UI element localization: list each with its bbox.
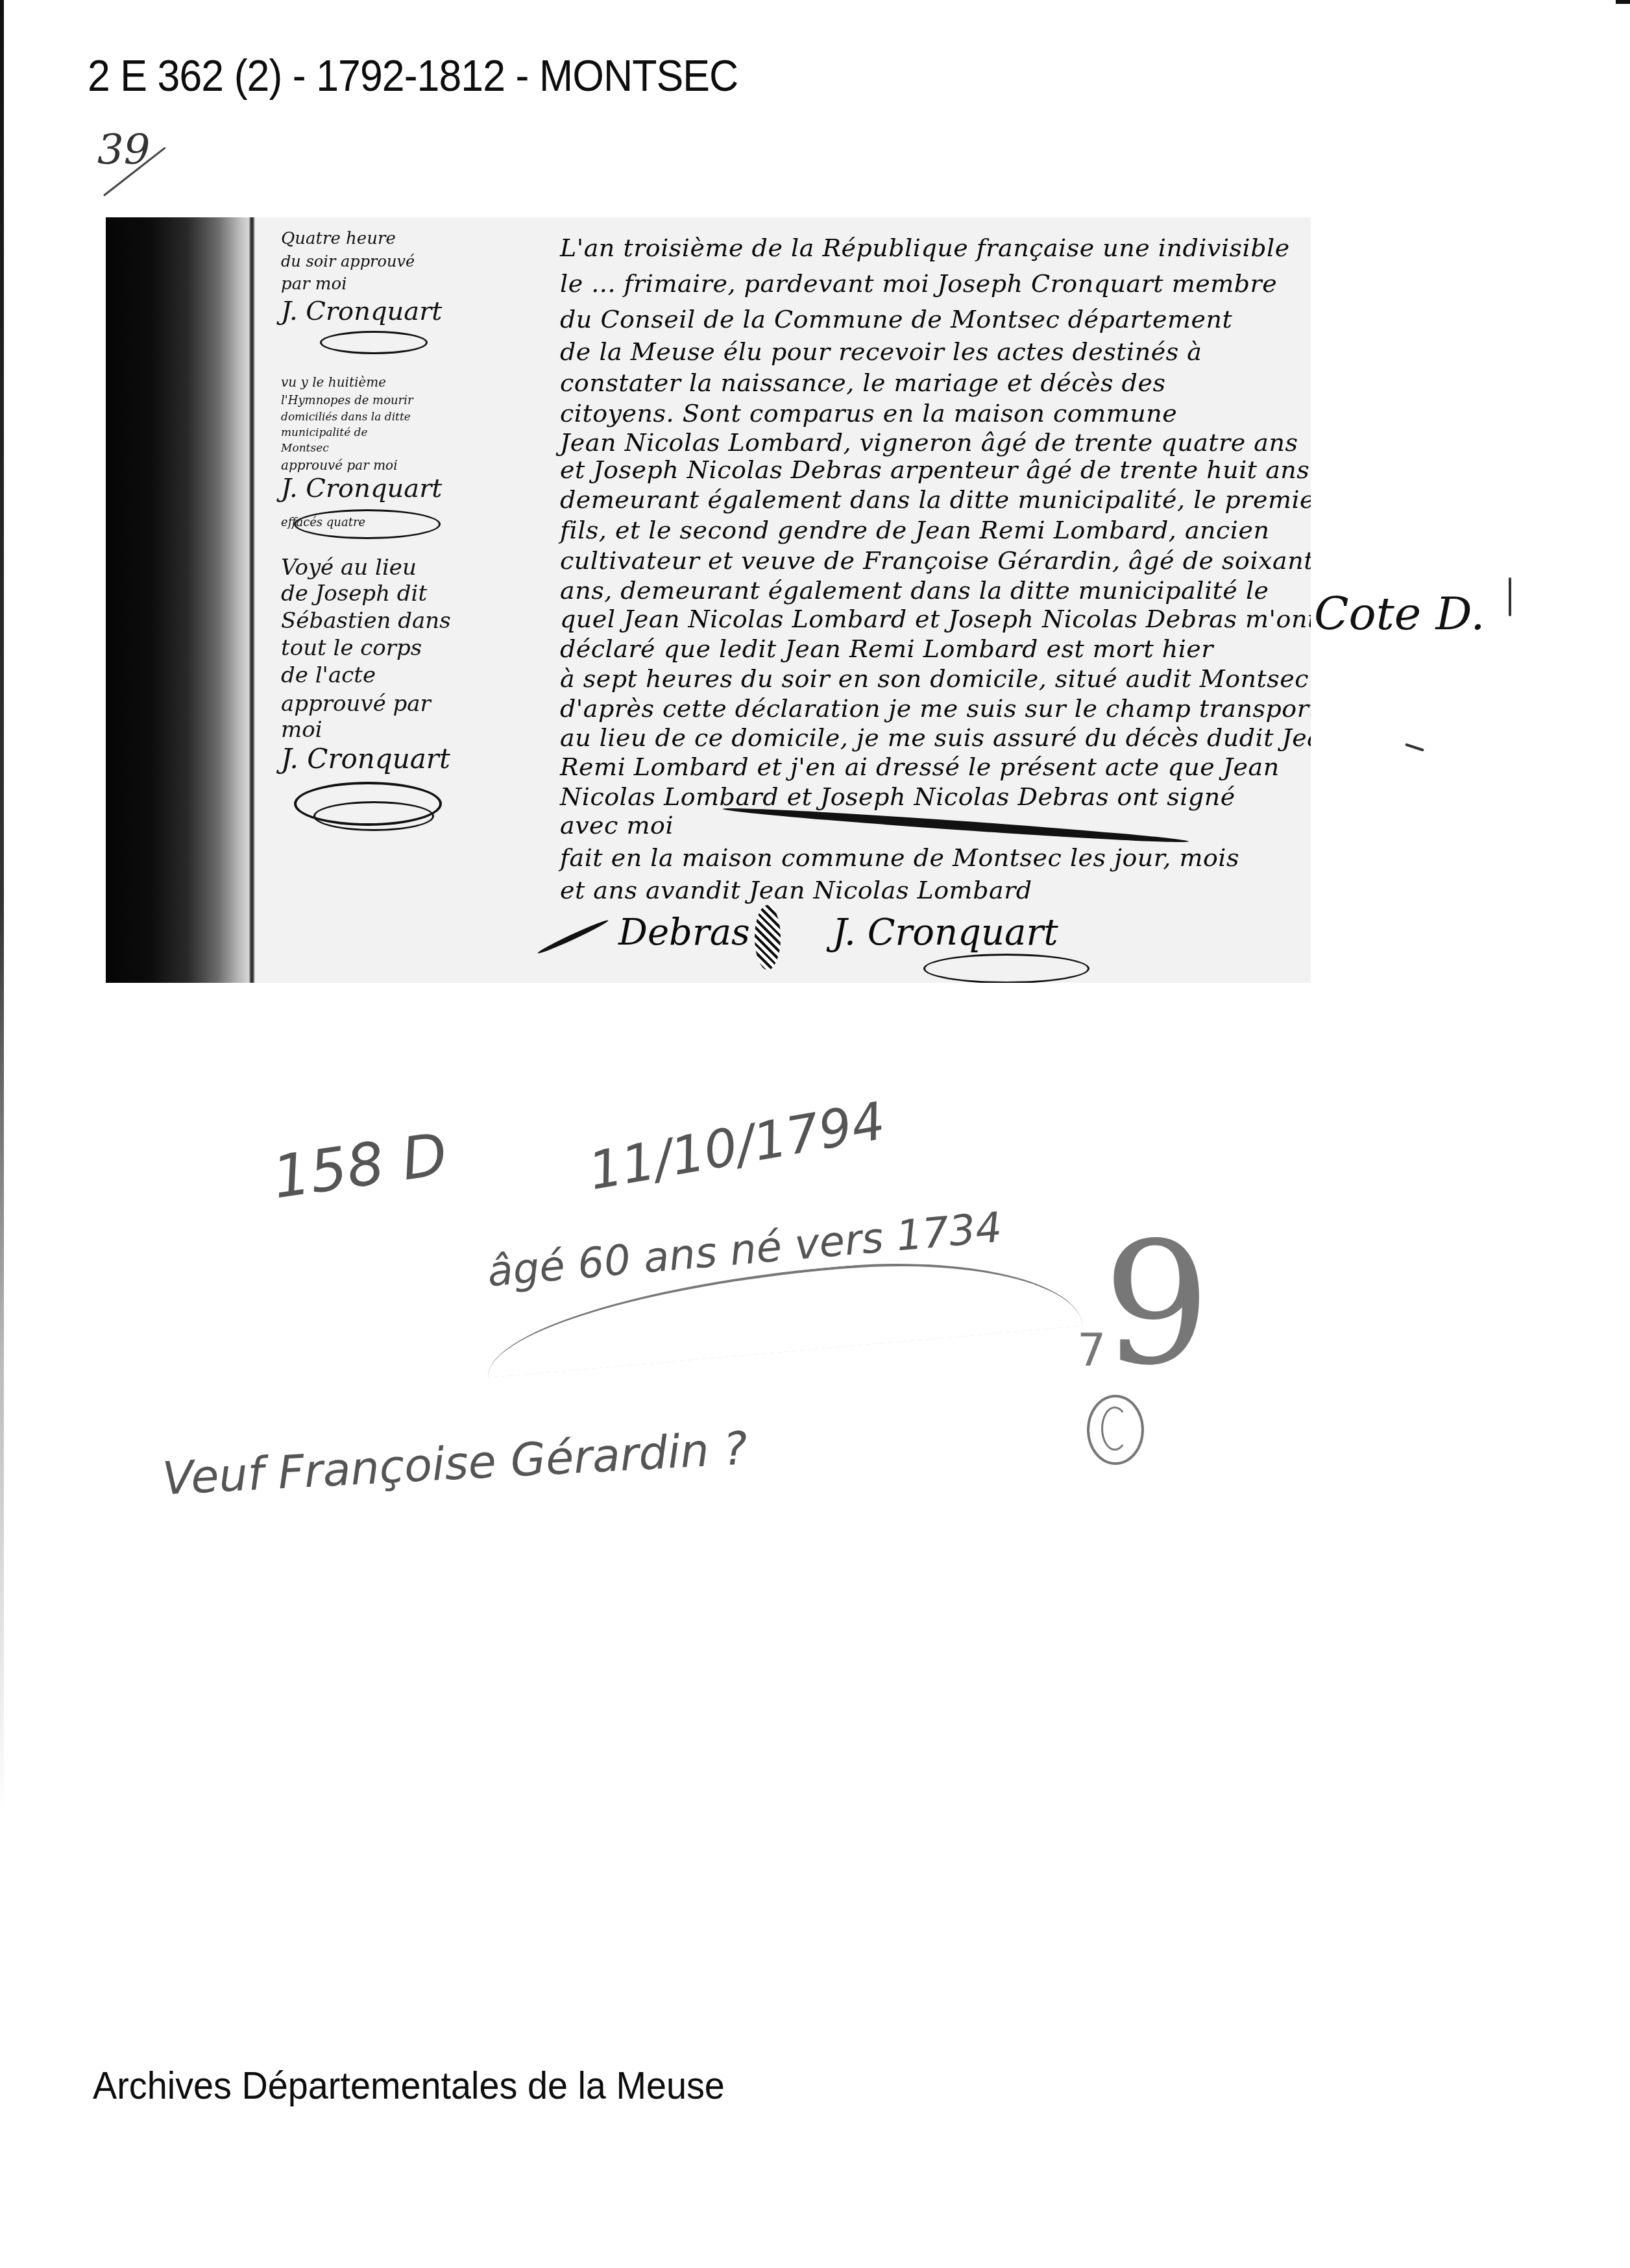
margin-note: moi [281, 717, 322, 743]
act-line: d'après cette déclaration je me suis sur… [560, 694, 1311, 723]
archive-footer: Archives Départementales de la Meuse [93, 2063, 725, 2108]
margin-note: approuvé par moi [281, 457, 398, 473]
spouse-note: Veuf Françoise Gérardin ? [161, 1421, 748, 1505]
act-line: du Conseil de la Commune de Montsec dépa… [560, 305, 1232, 333]
margin-note: vu y le huitième [281, 374, 386, 390]
act-line: L'an troisième de la République français… [560, 234, 1290, 262]
margin-note: du soir approuvé [281, 252, 415, 271]
margin-note: municipalité de [281, 426, 368, 439]
margin-signature: J. Cronquart [281, 296, 442, 326]
act-line: Remi Lombard et j'en ai dressé le présen… [560, 753, 1280, 781]
margin-note: Voyé au lieu [281, 555, 417, 581]
margin-note: tout le corps [281, 635, 422, 661]
margin-note: Montsec [281, 442, 329, 455]
act-line: et ans avandit Jean Nicolas Lombard [560, 876, 1032, 904]
scan-corner-mark [1616, 0, 1630, 4]
large-nine-mark: 9 [1103, 1207, 1210, 1403]
register-binding [106, 217, 255, 983]
act-line: quel Jean Nicolas Lombard et Joseph Nico… [560, 605, 1311, 633]
act-line: demeurant également dans la ditte munici… [560, 485, 1311, 514]
act-line: constater la naissance, le mariage et dé… [560, 368, 1165, 397]
record-date: 11/10/1794 [584, 1091, 889, 1202]
act-line: ans, demeurant également dans la ditte m… [560, 576, 1269, 605]
act-line: citoyens. Sont comparus en la maison com… [560, 399, 1177, 428]
margin-note: l'Hymnopes de mourir [281, 394, 413, 407]
act-line: le ... frimaire, pardevant moi Joseph Cr… [560, 269, 1277, 298]
margin-note: par moi [281, 274, 347, 294]
act-line: fils, et le second gendre de Jean Remi L… [560, 516, 1269, 544]
act-line: de la Meuse élu pour recevoir les actes … [560, 337, 1202, 366]
act-line: et Joseph Nicolas Debras arpenteur âgé d… [560, 455, 1309, 484]
act-line: à sept heures du soir en son domicile, s… [560, 664, 1309, 693]
margin-note: Sébastien dans [281, 608, 451, 634]
act-line: Nicolas Lombard et Joseph Nicolas Debras… [560, 782, 1235, 811]
circled-c-mark [1087, 1395, 1144, 1465]
margin-signature: J. Cronquart [281, 474, 442, 503]
scan-left-edge [0, 0, 4, 2268]
signature-cronquart: J. Cronquart [833, 911, 1058, 954]
small-seven-mark: 7 [1077, 1323, 1106, 1377]
act-line: avec moi [560, 811, 674, 839]
margin-notes: Quatre heure du soir approuvé par moi J.… [281, 224, 566, 970]
margin-signature: J. Cronquart [281, 743, 450, 775]
register-photo: Quatre heure du soir approuvé par moi J.… [106, 217, 1311, 983]
act-line: cultivateur et veuve de Françoise Gérard… [560, 546, 1311, 575]
margin-note: approuvé par [281, 691, 431, 717]
signature-debras: Debras [618, 911, 750, 954]
cote-annotation: Cote D. [1314, 587, 1485, 640]
record-number: 158 D [269, 1120, 452, 1212]
document-title: 2 E 362 (2) - 1792-1812 - MONTSEC [88, 51, 738, 101]
act-line: au lieu de ce domicile, je me suis assur… [560, 723, 1311, 752]
margin-note: de Joseph dit [281, 581, 427, 607]
margin-note: Quatre heure [281, 229, 396, 248]
margin-tick [1509, 577, 1511, 616]
page-number: 39 [97, 127, 150, 175]
margin-note: domiciliés dans la ditte [281, 411, 411, 424]
act-line: fait en la maison commune de Montsec les… [560, 843, 1239, 872]
act-line: Jean Nicolas Lombard, vigneron âgé de tr… [560, 428, 1298, 457]
margin-tick [1405, 743, 1424, 751]
act-line: déclaré que ledit Jean Remi Lombard est … [560, 634, 1213, 663]
margin-note: de l'acte [281, 662, 376, 688]
